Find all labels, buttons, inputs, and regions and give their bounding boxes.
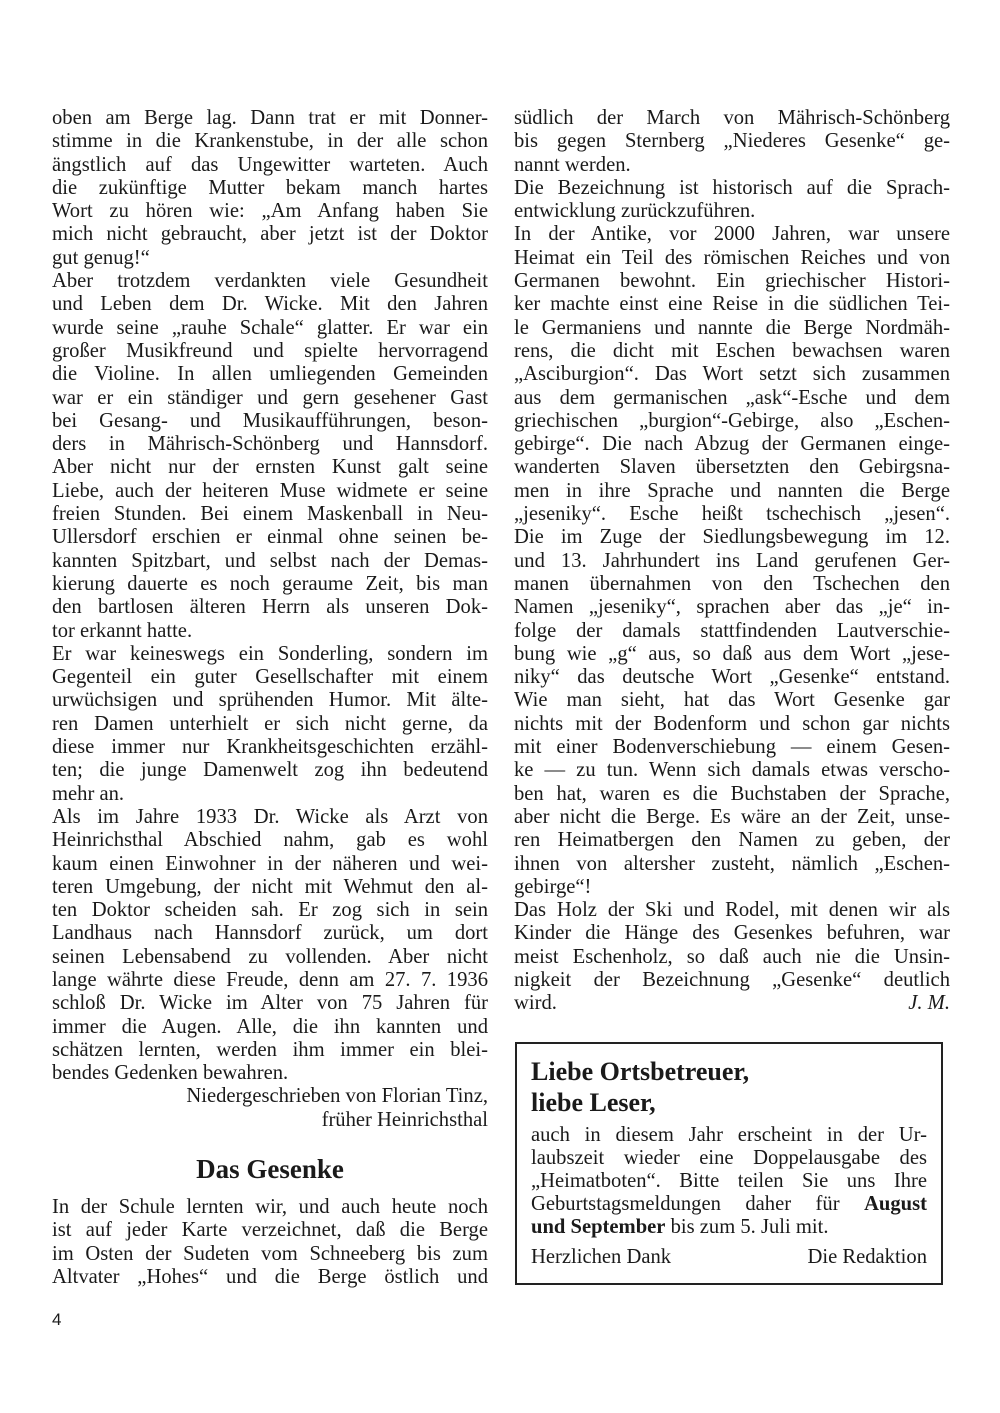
closing-thanks: Herzlichen Dank bbox=[531, 1246, 671, 1269]
text-line: folge der damals stattfindenden Lautvers… bbox=[514, 620, 950, 643]
text-line: und Leben dem Dr. Wicke. Mit den Jahren bbox=[52, 293, 488, 316]
text-line: kierung dauerte es noch geraume Zeit, bi… bbox=[52, 573, 488, 596]
text-line: Als im Jahre 1933 Dr. Wicke als Arzt von bbox=[52, 806, 488, 829]
text-line: südlich der March von Mährisch-Schönberg bbox=[514, 107, 950, 130]
text-line: bei Gesang- und Musikaufführungen, beson… bbox=[52, 410, 488, 433]
notice-line: Geburtstagsmeldungen daher für August bbox=[531, 1193, 927, 1216]
page-number: 4 bbox=[52, 1310, 61, 1330]
text-line: oben am Berge lag. Dann trat er mit Donn… bbox=[52, 107, 488, 130]
text-line: Ullersdorf erschien er einmal ohne seine… bbox=[52, 526, 488, 549]
notice-line: und September bis zum 5. Juli mit. bbox=[531, 1216, 927, 1239]
text-line: mit einer Bodenverschiebung — einem Gese… bbox=[514, 736, 950, 759]
text-line: men in ihre Sprache und nannten die Berg… bbox=[514, 480, 950, 503]
text-line: stimme in die Krankenstube, in der alle … bbox=[52, 130, 488, 153]
text-line: Heimat ein Teil des römischen Reiches un… bbox=[514, 247, 950, 270]
text-line: mich nicht gebraucht, aber jetzt ist der… bbox=[52, 223, 488, 246]
author-signature: Niedergeschrieben von Florian Tinz, bbox=[52, 1085, 488, 1108]
text-line: bung wie „g“ aus, so daß aus dem Wort „j… bbox=[514, 643, 950, 666]
text-line: nichts mit der Bodenform und schon gar n… bbox=[514, 713, 950, 736]
text-line: ten Doktor scheiden sah. Er zog sich in … bbox=[52, 899, 488, 922]
notice-title-line-2: liebe Leser, bbox=[531, 1087, 927, 1118]
notice-box: Liebe Ortsbetreuer, liebe Leser, auch in… bbox=[515, 1042, 943, 1285]
text-line: aber nicht die Berge. Es wäre an der Zei… bbox=[514, 806, 950, 829]
text-line: teren Umgebung, der nicht mit Wehmut den… bbox=[52, 876, 488, 899]
text-line: ren Damen unterhielt er sich nicht gerne… bbox=[52, 713, 488, 736]
text-line: meist Eschenholz, so daß auch nie die Un… bbox=[514, 946, 950, 969]
text-line: In der Antike, vor 2000 Jahren, war unse… bbox=[514, 223, 950, 246]
section-heading-das-gesenke: Das Gesenke bbox=[52, 1153, 488, 1185]
text-line: die Violine. In allen umliegenden Gemein… bbox=[52, 363, 488, 386]
text-line: bendes Gedenken bewahren. bbox=[52, 1062, 488, 1085]
text-line: diese immer nur Krankheitsgeschichten er… bbox=[52, 736, 488, 759]
text-line: ten; die junge Damenwelt zog ihn bedeute… bbox=[52, 759, 488, 782]
text-line: aus dem germanischen „ask“-Esche und dem bbox=[514, 387, 950, 410]
right-column: südlich der March von Mährisch-Schönberg… bbox=[514, 107, 950, 1016]
author-initials: J. M. bbox=[908, 992, 950, 1015]
text-line: Namen „jeseniky“, sprachen aber das „je“… bbox=[514, 596, 950, 619]
notice-bold-month: und September bbox=[531, 1216, 665, 1238]
text-line: Das Holz der Ski und Rodel, mit denen wi… bbox=[514, 899, 950, 922]
text-line: wurde seine „rauhe Schale“ glatter. Er w… bbox=[52, 317, 488, 340]
text-line: rens, die dicht mit Eschen bewachsen war… bbox=[514, 340, 950, 363]
text-line: gebirge“! bbox=[514, 876, 950, 899]
text-line: ders in Mährisch-Schönberg und Hannsdorf… bbox=[52, 433, 488, 456]
text-line: bis gegen Sternberg „Niederes Gesenke“ g… bbox=[514, 130, 950, 153]
text-line: manen übernahmen von den Tschechen den bbox=[514, 573, 950, 596]
text-line: ist auf jeder Karte verzeichnet, daß die… bbox=[52, 1219, 488, 1242]
text-line: griechischen „burgion“-Gebirge, also „Es… bbox=[514, 410, 950, 433]
text-line: schloß Dr. Wicke im Alter von 75 Jahren … bbox=[52, 992, 488, 1015]
text-line: tor erkannt hatte. bbox=[52, 620, 488, 643]
text-line: gebirge“. Die nach Abzug der Germanen ei… bbox=[514, 433, 950, 456]
text-line: entwicklung zurückzuführen. bbox=[514, 200, 950, 223]
text-line: ker machte einst eine Reise in die südli… bbox=[514, 293, 950, 316]
text-line: Aber trotzdem verdankten viele Gesundhei… bbox=[52, 270, 488, 293]
left-column: oben am Berge lag. Dann trat er mit Donn… bbox=[52, 107, 488, 1132]
text-line: ihnen von altersher zusteht, nämlich „Es… bbox=[514, 853, 950, 876]
text-line: Germanen bewohnt. Ein griechischer Histo… bbox=[514, 270, 950, 293]
notice-line: auch in diesem Jahr erscheint in der Ur- bbox=[531, 1124, 927, 1147]
text-line: ängstlich auf das Ungewitter warteten. A… bbox=[52, 154, 488, 177]
text-line: schätzen lernten, werden ihm immer ein b… bbox=[52, 1039, 488, 1062]
text-line: Wie man sieht, hat das Wort Gesenke gar bbox=[514, 689, 950, 712]
text-line: ben hat, waren es die Buchstaben der Spr… bbox=[514, 783, 950, 806]
notice-bold-month: August bbox=[864, 1193, 927, 1215]
text-line: freien Stunden. Bei einem Maskenball in … bbox=[52, 503, 488, 526]
text-line: ke — zu tun. Wenn sich damals etwas vers… bbox=[514, 759, 950, 782]
text-line: wird. bbox=[514, 992, 557, 1015]
text-line: In der Schule lernten wir, und auch heut… bbox=[52, 1196, 488, 1219]
text-line: wanderten Slaven übersetzten den Gebirgs… bbox=[514, 456, 950, 479]
notice-body: auch in diesem Jahr erscheint in der Ur-… bbox=[531, 1124, 927, 1239]
text-line: großer Musikfreund und spielte hervorrag… bbox=[52, 340, 488, 363]
text-line: kannten Spitzbart, und selbst nach der D… bbox=[52, 550, 488, 573]
notice-line: laubszeit wieder eine Doppelausgabe des bbox=[531, 1147, 927, 1170]
text-line: nigkeit der Bezeichnung „Gesenke“ deutli… bbox=[514, 969, 950, 992]
text-line: immer die Augen. Alle, die ihn kannten u… bbox=[52, 1016, 488, 1039]
text-line: Aber nicht nur der ernsten Kunst galt se… bbox=[52, 456, 488, 479]
closing-editorial: Die Redaktion bbox=[807, 1246, 927, 1269]
text-line: Kinder die Hänge des Gesenkes befuhren, … bbox=[514, 922, 950, 945]
text-line: Er war keineswegs ein Sonderling, sonder… bbox=[52, 643, 488, 666]
text-line: Landhaus nach Hannsdorf zurück, um dort bbox=[52, 922, 488, 945]
text-line: lange währte diese Freude, denn am 27. 7… bbox=[52, 969, 488, 992]
text-line: „Asciburgion“. Das Wort setzt sich zusam… bbox=[514, 363, 950, 386]
text-line: niky“ das deutsche Wort „Gesenke“ entsta… bbox=[514, 666, 950, 689]
notice-title: Liebe Ortsbetreuer, liebe Leser, bbox=[531, 1056, 927, 1118]
text-line: war er ein ständiger und gern gesehener … bbox=[52, 387, 488, 410]
text-line: Liebe, auch der heiteren Muse widmete er… bbox=[52, 480, 488, 503]
text-line: Wort zu hören wie: „Am Anfang haben Sie bbox=[52, 200, 488, 223]
notice-deadline: bis zum 5. Juli mit. bbox=[665, 1216, 828, 1238]
text-line: Altvater „Hohes“ und die Berge östlich u… bbox=[52, 1266, 488, 1289]
text-line: im Osten der Sudeten vom Schneeberg bis … bbox=[52, 1243, 488, 1266]
text-line: und 13. Jahrhundert ins Land gerufenen G… bbox=[514, 550, 950, 573]
notice-line: „Heimatboten“. Bitte teilen Sie uns Ihre bbox=[531, 1170, 927, 1193]
text-line: seinen Lebensabend zu vollenden. Aber ni… bbox=[52, 946, 488, 969]
notice-text: Geburtstagsmeldungen daher für bbox=[531, 1193, 840, 1215]
author-signature: früher Heinrichsthal bbox=[52, 1109, 488, 1132]
text-line: nannt werden. bbox=[514, 154, 950, 177]
text-line: Die im Zuge der Siedlungsbewegung im 12. bbox=[514, 526, 950, 549]
closing-line: wird.J. M. bbox=[514, 992, 950, 1015]
das-gesenke-intro: In der Schule lernten wir, und auch heut… bbox=[52, 1196, 488, 1289]
text-line: Die Bezeichnung ist historisch auf die S… bbox=[514, 177, 950, 200]
text-line: den bartlosen älteren Herrn als unseren … bbox=[52, 596, 488, 619]
text-line: kaum einen Einwohner in der näheren und … bbox=[52, 853, 488, 876]
text-line: ren Heimatbergen den Namen zu geben, der bbox=[514, 829, 950, 852]
notice-title-line-1: Liebe Ortsbetreuer, bbox=[531, 1056, 927, 1087]
text-line: „jeseniky“. Esche heißt tschechisch „jes… bbox=[514, 503, 950, 526]
text-line: Heinrichsthal Abschied nahm, gab es wohl bbox=[52, 829, 488, 852]
text-line: le Germaniens und nannte die Berge Nordm… bbox=[514, 317, 950, 340]
text-line: urwüchsigen und sprühenden Humor. Mit äl… bbox=[52, 689, 488, 712]
text-line: die zukünftige Mutter bekam manch hartes bbox=[52, 177, 488, 200]
notice-footer: Herzlichen Dank Die Redaktion bbox=[531, 1246, 927, 1269]
text-line: gut genug!“ bbox=[52, 247, 488, 270]
text-line: mehr an. bbox=[52, 783, 488, 806]
text-line: Gegenteil ein guter Gesellschafter mit e… bbox=[52, 666, 488, 689]
